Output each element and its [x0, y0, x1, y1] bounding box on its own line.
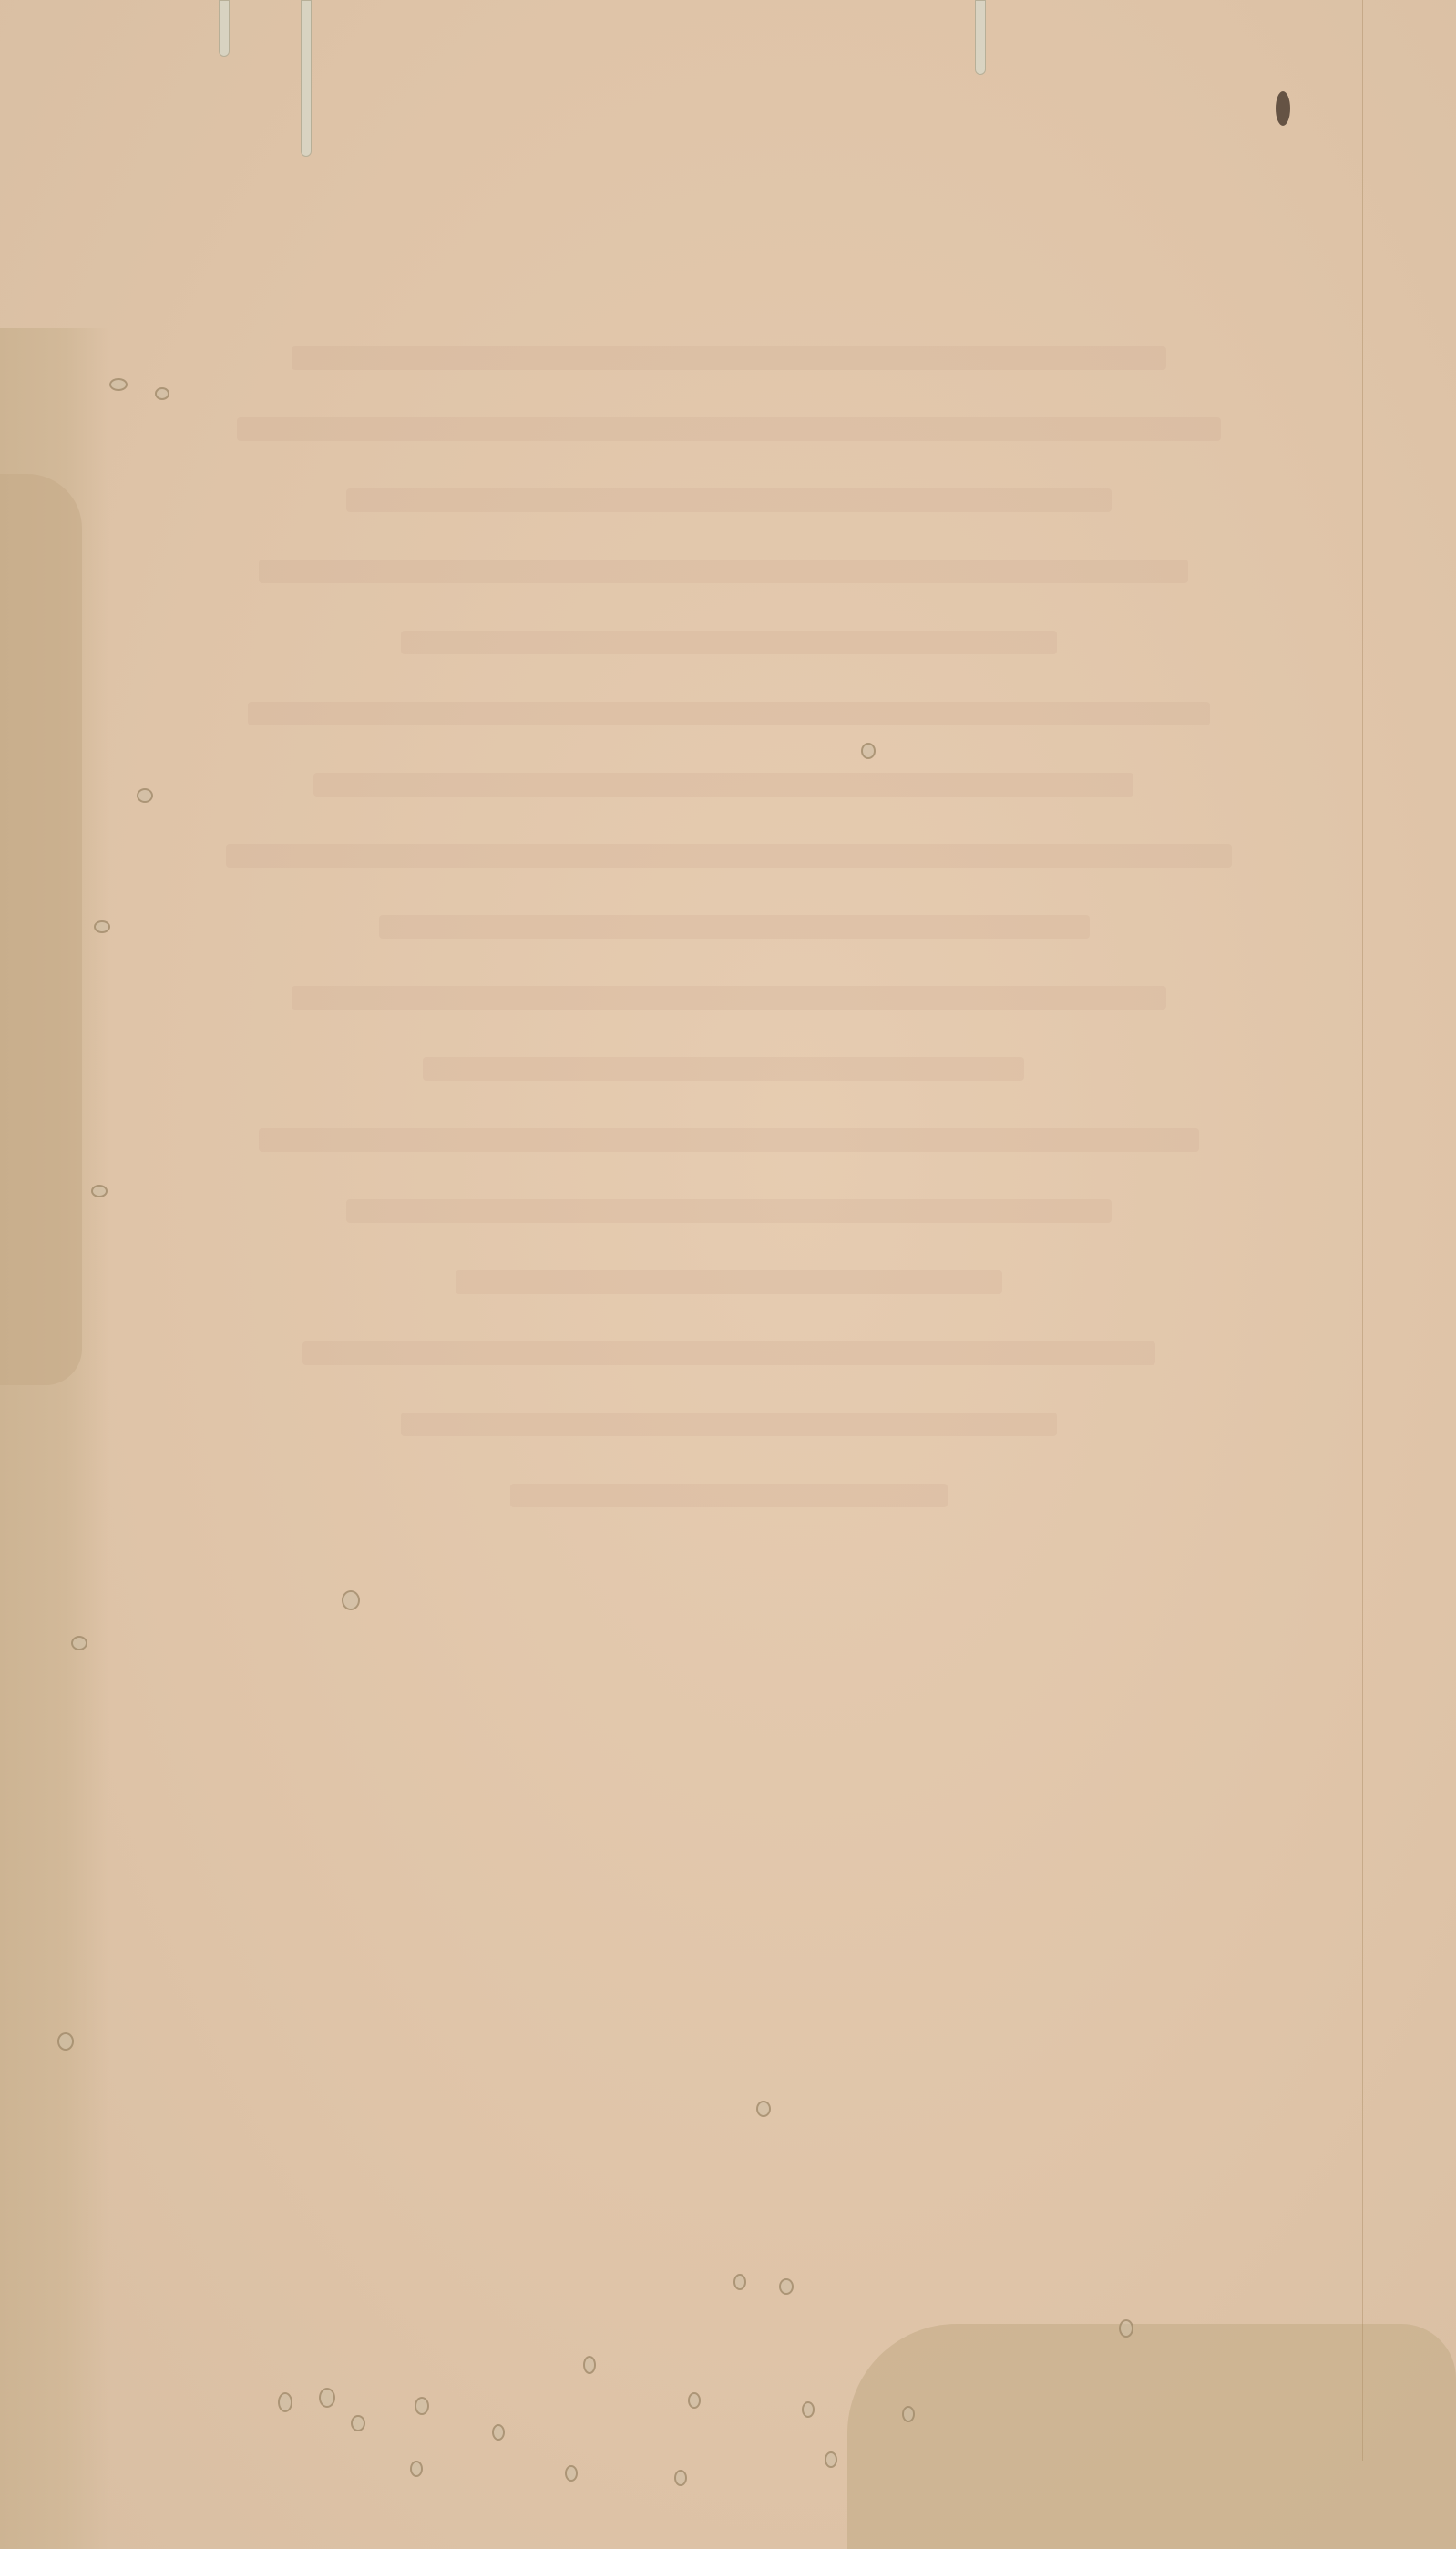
foxing-spot	[779, 2278, 794, 2295]
foxing-spot	[319, 2388, 335, 2408]
foxing-spot	[342, 1590, 360, 1610]
foxing-spot	[109, 378, 128, 391]
foxing-spot	[583, 2356, 596, 2374]
drip-mark	[301, 0, 312, 157]
foxing-spot	[351, 2415, 365, 2431]
foxing-spot	[71, 1636, 87, 1650]
foxing-spot	[756, 2101, 771, 2117]
foxing-spot	[278, 2392, 292, 2412]
margin-crease	[1362, 0, 1363, 2461]
foxing-spot	[410, 2461, 423, 2477]
drip-mark	[975, 0, 986, 75]
foxing-spot	[902, 2406, 915, 2422]
water-stain-bottom	[847, 2324, 1456, 2549]
foxing-spot	[674, 2470, 687, 2486]
foxing-spot	[492, 2424, 505, 2441]
foxing-spot	[91, 1185, 108, 1197]
foxing-spot	[57, 2032, 74, 2051]
foxing-spot	[861, 743, 876, 759]
foxing-spot	[415, 2397, 429, 2415]
foxing-spot	[155, 387, 169, 400]
foxing-spot	[137, 788, 153, 803]
foxing-spot	[1119, 2319, 1133, 2338]
foxing-spot	[733, 2274, 746, 2290]
drip-mark	[219, 0, 230, 57]
ink-blot	[1276, 91, 1290, 126]
foxing-spot	[565, 2465, 578, 2482]
foxing-spot	[688, 2392, 701, 2409]
foxing-spot	[802, 2401, 815, 2418]
foxing-spot	[94, 920, 110, 933]
bleed-through-text	[182, 346, 1276, 1555]
foxing-spot	[825, 2451, 837, 2468]
paper-page	[0, 0, 1456, 2549]
water-stain-left-inner	[0, 474, 82, 1385]
